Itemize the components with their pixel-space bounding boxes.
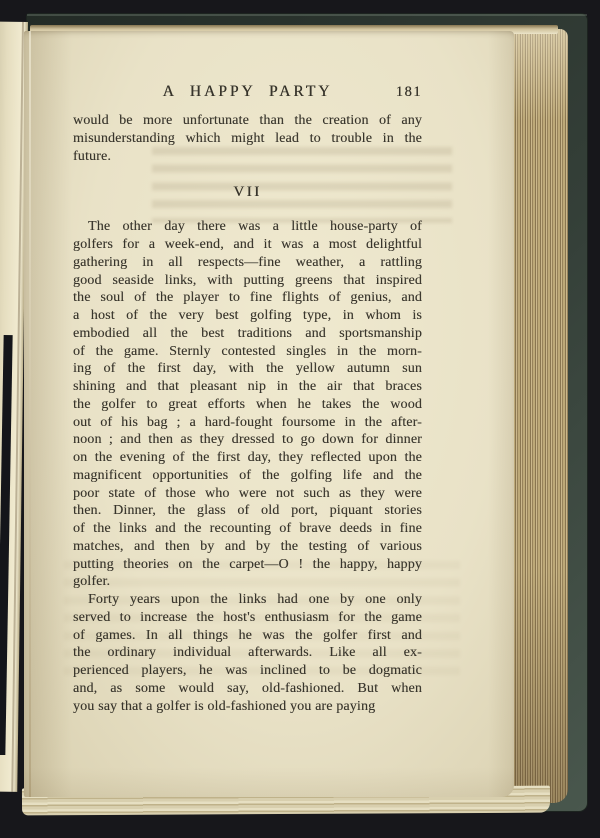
page-number: 181 (396, 84, 422, 101)
text-line: of the game. Sternly contested singles i… (73, 343, 422, 361)
book-scan-background: A HAPPY PARTY 181 would be more unfortun… (0, 0, 600, 838)
text-line: shining and that pleasant nip in the air… (73, 378, 422, 396)
text-line: would be more unfortunate than the creat… (73, 112, 422, 130)
text-line: perienced players, he was inclined to be… (73, 662, 422, 680)
page-stack-fore-edge (511, 29, 568, 803)
text-line: golfers for a week-end, and it was a mos… (73, 236, 422, 254)
text-line: good seaside links, with putting greens … (73, 272, 422, 290)
book-page: A HAPPY PARTY 181 would be more unfortun… (24, 31, 514, 797)
text-line: ing of the first day, with the yellow au… (73, 360, 422, 378)
text-line: the soul of the player to fine flights o… (73, 289, 422, 307)
text-line: of the links and the recounting of brave… (73, 520, 422, 538)
header-title: A HAPPY PARTY (73, 83, 422, 101)
text-line: of games. In all things he was the golfe… (73, 627, 422, 645)
page-body: would be more unfortunate than the creat… (73, 112, 422, 715)
text-line: future. (73, 148, 422, 166)
text-line: golfer. (73, 573, 422, 591)
running-header: A HAPPY PARTY 181 (73, 83, 422, 103)
text-line: poor state of those who were not such as… (73, 485, 422, 503)
text-line: and, as some would say, old-fashioned. B… (73, 680, 422, 698)
section-heading: VII (73, 184, 422, 202)
text-line: matches, and then by and by the testing … (73, 538, 422, 556)
text-line: served to increase the host's enthusiasm… (73, 609, 422, 627)
text-line: magnificent opportunities of the golfing… (73, 467, 422, 485)
text-line: out of his bag ; a hard-fought foursome … (73, 414, 422, 432)
text-column: A HAPPY PARTY 181 would be more unfortun… (73, 83, 422, 715)
text-line: The other day there was a little house-p… (73, 218, 422, 236)
paragraph: would be more unfortunate than the creat… (73, 112, 422, 165)
text-line: gathering in all respects—fine weather, … (73, 254, 422, 272)
text-line: putting theories on the carpet—O ! the h… (73, 556, 422, 574)
text-line: embodied all the best traditions and spo… (73, 325, 422, 343)
text-line: the ordinary individual afterwards. Like… (73, 644, 422, 662)
text-line: Forty years upon the links had one by on… (73, 591, 422, 609)
text-line: a host of the very best golfing type, in… (73, 307, 422, 325)
text-line: noon ; and then as they dressed to go do… (73, 431, 422, 449)
paragraph: Forty years upon the links had one by on… (73, 591, 422, 715)
text-line: misunderstanding which might lead to tro… (73, 130, 422, 148)
text-line: on the evening of the first day, they re… (73, 449, 422, 467)
text-line: the golfer to great efforts when he take… (73, 396, 422, 414)
paragraph: The other day there was a little house-p… (73, 218, 422, 591)
text-line: you say that a golfer is old-fashioned y… (73, 698, 422, 716)
text-line: then. Dinner, the glass of old port, piq… (73, 502, 422, 520)
